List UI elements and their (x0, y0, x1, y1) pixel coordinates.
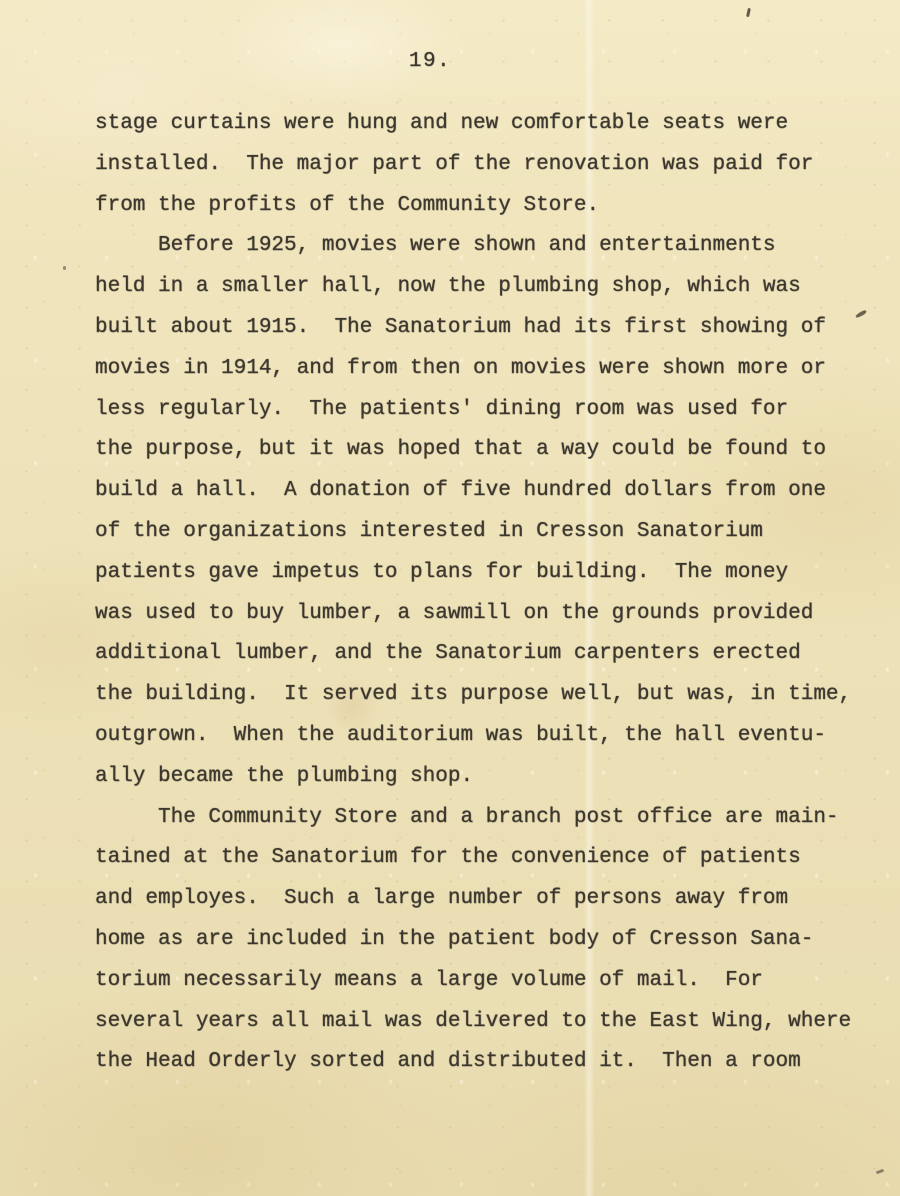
text-line: held in a smaller hall, now the plumbing… (95, 267, 851, 308)
text-line: built about 1915. The Sanatorium had its… (95, 308, 851, 349)
text-line: the building. It served its purpose well… (95, 675, 851, 716)
text-line: the purpose, but it was hoped that a way… (95, 430, 851, 471)
text-line: stage curtains were hung and new comfort… (95, 104, 851, 145)
text-line: home as are included in the patient body… (95, 920, 851, 961)
text-line: ally became the plumbing shop. (95, 757, 851, 798)
text-line: of the organizations interested in Cress… (95, 512, 851, 553)
text-line: tained at the Sanatorium for the conveni… (95, 838, 851, 879)
paragraph: Before 1925, movies were shown and enter… (95, 226, 851, 797)
ink-fleck (876, 1169, 885, 1175)
text-line: less regularly. The patients' dining roo… (95, 390, 851, 431)
paragraph: stage curtains were hung and new comfort… (95, 104, 851, 226)
text-line: Before 1925, movies were shown and enter… (95, 226, 851, 267)
ink-fleck (855, 309, 867, 318)
text-line: and employes. Such a large number of per… (95, 879, 851, 920)
ink-fleck (63, 266, 66, 270)
text-line: outgrown. When the auditorium was built,… (95, 716, 851, 757)
ink-fleck (746, 8, 751, 17)
text-line: build a hall. A donation of five hundred… (95, 471, 851, 512)
text-line: torium necessarily means a large volume … (95, 961, 851, 1002)
text-line: The Community Store and a branch post of… (95, 798, 851, 839)
text-line: was used to buy lumber, a sawmill on the… (95, 594, 851, 635)
text-line: installed. The major part of the renovat… (95, 145, 851, 186)
text-line: movies in 1914, and from then on movies … (95, 349, 851, 390)
text-line: from the profits of the Community Store. (95, 186, 851, 227)
text-line: additional lumber, and the Sanatorium ca… (95, 634, 851, 675)
manuscript-page: 19. stage curtains were hung and new com… (0, 0, 900, 1196)
page-number: 19. (0, 50, 860, 73)
text-line: the Head Orderly sorted and distributed … (95, 1042, 851, 1083)
document-body: stage curtains were hung and new comfort… (95, 104, 851, 1083)
text-line: patients gave impetus to plans for build… (95, 553, 851, 594)
paragraph: The Community Store and a branch post of… (95, 798, 851, 1084)
text-line: several years all mail was delivered to … (95, 1002, 851, 1043)
